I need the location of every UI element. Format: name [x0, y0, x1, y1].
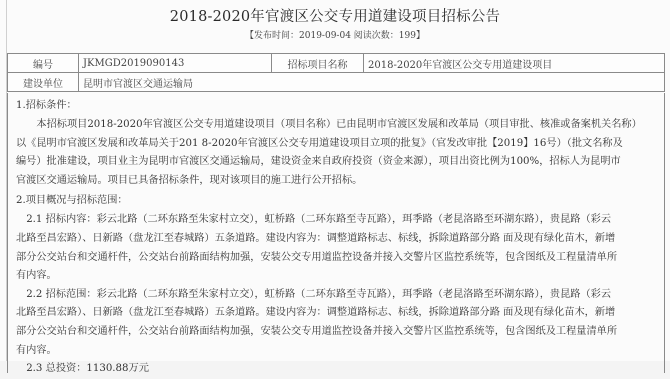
section-2-2-line: 部分公交站台和交通杆件，公交站台前路面结构加强，安装公交专用道监控设备并接入交警… [16, 323, 652, 342]
project-name-label: 招标项目名称 [272, 54, 364, 73]
announcement-body: 1.招标条件： 本招标项目2018-2020年官渡区公交专用道建设项目（项目名称… [7, 93, 665, 361]
section-2-2-line: 北路至昌宏路）、日新路（盘龙江至春城路）五条道路。建设内容为：调整道路标志、标线… [16, 304, 652, 323]
code-label: 编号 [8, 54, 79, 73]
section-2-1-line: 有内容。 [16, 267, 652, 286]
section-2-2-line: 2.2 招标范围：彩云北路（二环东路至朱家村立交），虹桥路（二环东路至寺瓦路），… [16, 286, 652, 305]
section-2-heading: 2.项目概况与招标范围： [16, 191, 652, 211]
publish-meta: 【发布时间：2019-09-04 阅读次数：199】 [0, 28, 670, 41]
section-1-line: 以《昆明市官渡区发展和改革局关于201 8-2020年官渡区公交专用道建设项目立… [16, 135, 652, 154]
section-2-1-line: 北路至昌宏路）、日新路（盘龙江至春城路）五条道路。建设内容为：调整道路标志、标线… [16, 230, 652, 249]
section-2-1-line: 2.1 招标内容：彩云北路（二环东路至朱家村立交），虹桥路（二环东路至寺瓦路），… [16, 211, 652, 230]
table-row: 编号 JKMGD2019090143 招标项目名称 2018-2020年官渡区公… [8, 54, 665, 73]
section-1-line: 官渡区交通运输局。项目已具备招标条件，现对该项目的施工进行公开招标。 [16, 172, 652, 191]
builder-label: 建设单位 [8, 73, 79, 92]
section-2-1-line: 部分公交站台和交通杆件，公交站台前路面结构加强，安装公交专用道监控设备并接入交警… [16, 249, 652, 268]
section-1-line: 编号）批准建设，项目业主为昆明市官渡区交通运输局，建设资金来自政府投资（资金来源… [16, 153, 652, 172]
section-1-heading: 1.招标条件： [16, 96, 652, 116]
section-2-2-line: 有内容。 [16, 342, 652, 361]
announcement-page: 2018-2020年官渡区公交专用道建设项目招标公告 【发布时间：2019-09… [0, 0, 670, 361]
builder-value: 昆明市官渡区交通运输局 [79, 73, 665, 92]
project-info-table: 编号 JKMGD2019090143 招标项目名称 2018-2020年官渡区公… [7, 53, 665, 92]
project-name-value: 2018-2020年官渡区公交专用道建设项目 [364, 54, 665, 73]
section-1-line: 本招标项目2018-2020年官渡区公交专用道建设项目（项目名称）已由昆明市官渡… [16, 116, 652, 135]
table-row: 建设单位 昆明市官渡区交通运输局 [8, 73, 665, 92]
code-value: JKMGD2019090143 [79, 54, 272, 73]
announcement-title: 2018-2020年官渡区公交专用道建设项目招标公告 [0, 5, 670, 26]
